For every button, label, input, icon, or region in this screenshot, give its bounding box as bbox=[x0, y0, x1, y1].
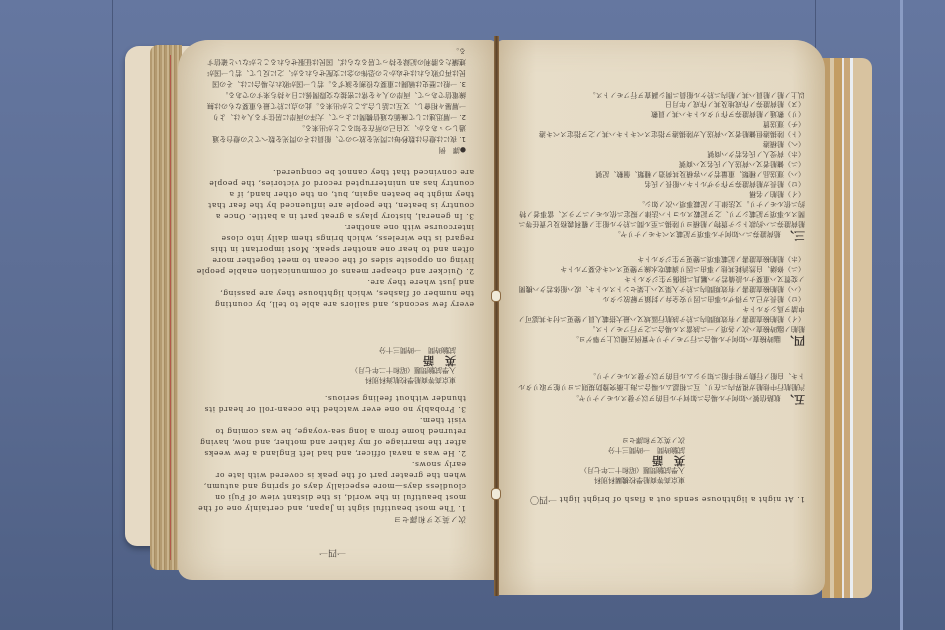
text-line: when the greater part of the peak is cov… bbox=[198, 470, 466, 481]
text-line: often and to hear one another speak. Mos… bbox=[196, 244, 474, 255]
text-line: after the marriage of my father and moth… bbox=[198, 437, 466, 448]
text-line: intercourse with one another. bbox=[196, 222, 474, 233]
exam-title: 東京高等商船學校航海科別科 bbox=[351, 375, 456, 385]
instruction: 次ノ英文ヲ和譯セヨ bbox=[580, 435, 685, 445]
english-passage-top: every few seconds, and sailors are able … bbox=[196, 167, 474, 310]
text-line: regard is the wireless, which brings the… bbox=[196, 233, 474, 244]
subject-heading: 英 語 bbox=[351, 355, 456, 365]
list-item: （イ）船舶ノ名稱 bbox=[515, 189, 805, 199]
list-item: （ト）陸揚港但傭船者又ハ荷送人ガ陸揚港ヲ指定スベキトキハ其ノ之ヲ指定スベキ港 bbox=[515, 129, 805, 139]
text-line: 2. Quicker and cheaper means of communic… bbox=[196, 266, 474, 277]
section-answer: 船荷證券ニハ約款トシテ貨物ノ船積ヨリ陸揚ニ至ル間ニ於ケル船主ノ權利義務及ビ責任等… bbox=[515, 199, 805, 229]
english-passage: 1. At night a lighthouse sends out a fla… bbox=[559, 494, 805, 505]
intro-text: 以上ノ船ノ船員ハ其ノ船内ニ於ケル船員ニ関シ調査ヲ行フモノトス。 bbox=[515, 90, 805, 100]
page-block-edge-right bbox=[822, 58, 872, 598]
edge-line bbox=[170, 55, 171, 560]
list-item: （ロ）船長ガ船荷證券ヲ作ラザルトキハ船長ノ氏名 bbox=[515, 179, 805, 189]
text-line: 1. The most beautiful sight in Japan, an… bbox=[198, 503, 466, 514]
text-line: living on opposite sides of the ocean to… bbox=[196, 255, 474, 266]
subject-heading: 英 語 bbox=[580, 455, 685, 465]
section-question: 船荷證券ニハ如何ナル事項ヲ記載スベキモノナリヤ。 bbox=[614, 230, 781, 238]
text-line: cloudless days—more especially days of s… bbox=[198, 481, 466, 492]
section-answer: 船舶ノ臨時檢査ハ次ノ各項ノ一ニ該當スル場合ニ之ヲ行フモノトス。 bbox=[515, 324, 805, 334]
section-4: 四、 臨時檢査ハ如何ナル場合ニ行フモノナリヤ實例五種以上ヲ舉ゲヨ。 船舶ノ臨時檢… bbox=[515, 254, 805, 345]
text-line: most beautiful in the world, is the dist… bbox=[198, 492, 466, 503]
exam-header-right: 東京高等商船學校機關科別科 入學試驗問題（昭和十二年七月） 英 語 試驗時間 一… bbox=[580, 435, 685, 485]
answer-item: 1. 夜には燈台は数秒毎に閃光を放つので、船員はその閃光を数へてどの燈台を通過し… bbox=[206, 122, 466, 144]
text-line: country is beaten, the people are influe… bbox=[196, 200, 474, 211]
section-answer: 汽船航行中他船ガ視界内ニ在リ、互ニ相認ムル場合ニ海上衝突豫防規則ニヨリ舵ヲ取リタ… bbox=[515, 370, 805, 392]
section-3: 三、 船荷證券ニハ如何ナル事項ヲ記載スベキモノナリヤ。 船荷證券ニハ約款トシテ貨… bbox=[515, 99, 805, 240]
text-line: 1. At night a lighthouse sends out a fla… bbox=[559, 494, 805, 505]
open-book: 海運解説叢書 六五 一四一 次ノ英文ヲ和譯セヨ 1. The most beau… bbox=[0, 0, 945, 630]
text-line: returned home from a long sea-voyage, he… bbox=[198, 426, 466, 437]
section-question: 臨時檢査ハ如何ナル場合ニ行フモノナリヤ實例五種以上ヲ舉ゲヨ。 bbox=[572, 335, 781, 343]
text-line: every few seconds, and sailors are able … bbox=[196, 299, 474, 310]
list-item: （ロ）船長ガ已ムヲ得ザル事由ニ因リ安全弁ノ封鎖ヲ解放シタル bbox=[515, 294, 805, 304]
text-line: 3. In general, history plays a great par… bbox=[196, 211, 474, 222]
time-limit: 試驗時間 一時間三十分 bbox=[351, 345, 456, 355]
text-line: thunder without feeling serious. bbox=[198, 393, 466, 404]
page-number: 一四一 bbox=[319, 545, 346, 558]
page-content: 一四一 次ノ英文ヲ和譯セヨ 1. The most beautiful sigh… bbox=[178, 40, 496, 580]
list-item: （ハ）船舶檢査證書ノ有效期間内ニ於テ入渠又ハ上架セントスルトキ、或ハ船体若クハ機… bbox=[515, 274, 805, 294]
section-5: 五、 航路信號ハ如何ナル場合ニ如何ナル目的ヲ以テ發スルモノナリヤ。 汽船航行中他… bbox=[515, 370, 805, 405]
list-item: （イ）船舶檢査證書ノ有效期間内ニ於テ該航行區域又ハ最大搭載人員ノ變更ニ付キ其認可… bbox=[515, 304, 805, 324]
section-number: 三、 bbox=[783, 229, 805, 242]
text-line: 3. Probably no one ever watched the ocea… bbox=[198, 404, 466, 415]
page-number: 一四〇 bbox=[530, 492, 557, 505]
text-line: the number of flashes, which lighthouse … bbox=[196, 288, 474, 299]
section-number: 四、 bbox=[783, 334, 805, 347]
text-line: are convinced that they cannot be conque… bbox=[196, 167, 474, 178]
text-line: and just where they are. bbox=[196, 277, 474, 288]
book-gutter bbox=[494, 36, 499, 596]
text-line: early snows. bbox=[198, 459, 466, 470]
text-line: visit them. bbox=[198, 415, 466, 426]
text-line: 2. He was a naval officer, and had left … bbox=[198, 448, 466, 459]
list-item: （ヌ）船荷證券ノ作成地及其ノ作成ノ年月日 bbox=[515, 99, 805, 109]
instruction: 次ノ英文ヲ和譯セヨ bbox=[198, 514, 466, 525]
binding-stitch bbox=[491, 290, 501, 302]
list-item: （ニ）傭船者又ハ荷送人ノ氏名又ハ商號 bbox=[515, 159, 805, 169]
list-item: （ハ）運送品ノ種類、重量若クハ容積及其荷造ノ種類、個數、記號 bbox=[515, 169, 805, 179]
page-141: 一四一 次ノ英文ヲ和譯セヨ 1. The most beautiful sigh… bbox=[178, 40, 496, 580]
exam-header-left: 東京高等商船學校航海科別科 入學試驗問題（昭和十二年七月） 英 語 試驗時間 一… bbox=[351, 345, 456, 385]
list-item: （ホ）船舶檢査證書ノ記載事項ニ變更ヲ生ジタルトキ bbox=[515, 254, 805, 264]
exam-title: 東京高等商船學校機關科別科 bbox=[580, 475, 685, 485]
list-item: （リ）數通ノ船荷證券ヲ作リタルトキハ其ノ員數 bbox=[515, 109, 805, 119]
answer-item: 3. 一般に歴史は戦闘に重要な役割を演ずる。若し一国が敗れた場合には、その国民は… bbox=[206, 45, 466, 89]
time-limit: 試驗時間 一時間三十分 bbox=[580, 445, 685, 455]
section-question: 航路信號ハ如何ナル場合ニ如何ナル目的ヲ以テ發スルモノナリヤ。 bbox=[572, 394, 781, 402]
answers-block: ●譯 例 1. 夜には燈台は数秒毎に閃光を放つので、船員はその閃光を数へてどの燈… bbox=[206, 45, 466, 155]
answer-heading: ●譯 例 bbox=[206, 144, 466, 155]
list-item: （ホ）荷受人ノ氏名若クハ商號 bbox=[515, 149, 805, 159]
answer-item: 2. 一層迅速にして廉価な通信機関によって、大洋の両岸に居住する人々は、より一層… bbox=[206, 89, 466, 122]
binding-stitch bbox=[491, 488, 501, 500]
list-item: （ニ）修繕、自然消耗其他ノ事由ニ因リ満載吃水線ヲ變更スベキ必要アルトキ bbox=[515, 264, 805, 274]
page-content: 一四〇 1. At night a lighthouse sends out a… bbox=[497, 40, 825, 595]
page-140: 一四〇 1. At night a lighthouse sends out a… bbox=[497, 40, 825, 595]
english-passage-bottom: 次ノ英文ヲ和譯セヨ 1. The most beautiful sight in… bbox=[198, 393, 466, 525]
text-line: they might be beaten again, but, on the … bbox=[196, 189, 474, 200]
list-item: （ヘ）船積港 bbox=[515, 139, 805, 149]
list-item: （チ）運送賃 bbox=[515, 119, 805, 129]
section-number: 五、 bbox=[783, 393, 805, 406]
text-line: country has an uninterrupted record of v… bbox=[196, 178, 474, 189]
